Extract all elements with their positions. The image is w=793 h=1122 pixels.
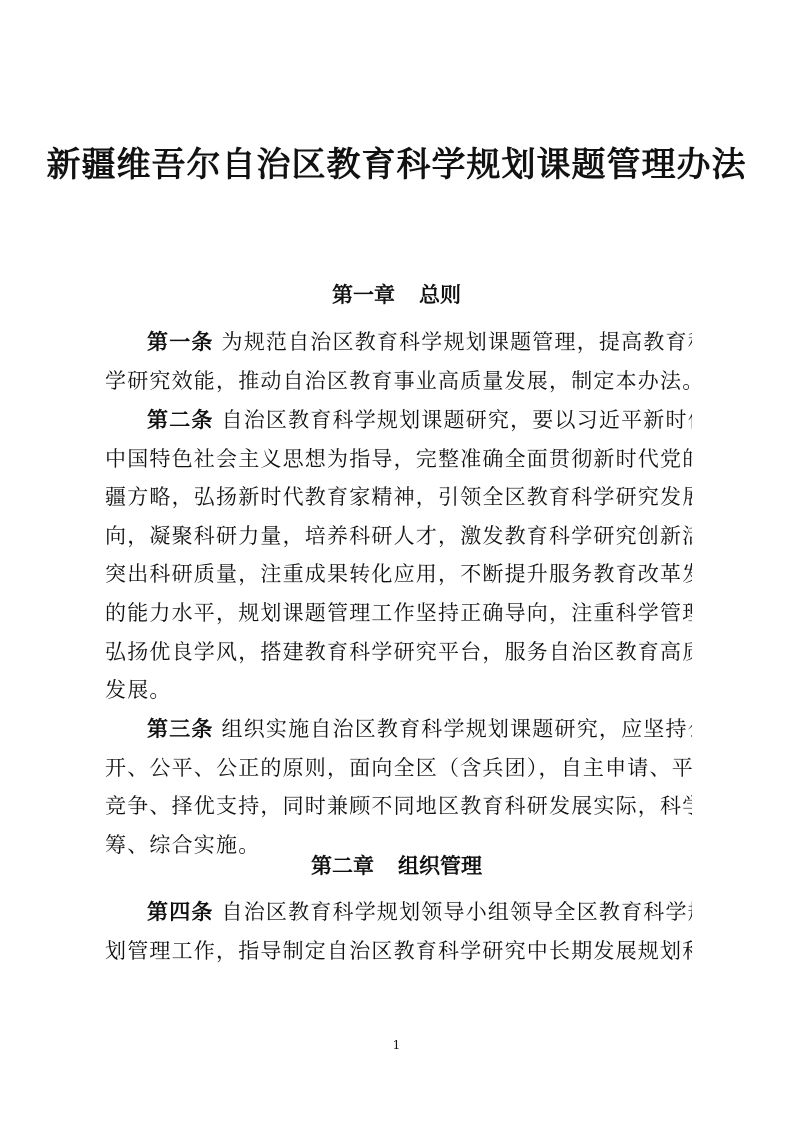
article-text-line: 划管理工作，指导制定自治区教育科学研究中长期发展规划和教 xyxy=(105,932,692,971)
article-text-line: 向，凝聚科研力量，培养科研人才，激发教育科学研究创新活力。 xyxy=(105,517,692,556)
article-text-line: 疆方略，弘扬新时代教育家精神，引领全区教育科学研究发展方 xyxy=(105,478,692,517)
chapter-name: 总则 xyxy=(419,283,461,307)
article-text-line: 自治区教育科学规划领导小组领导全区教育科学规 xyxy=(222,900,693,924)
article-label: 第一条 xyxy=(147,329,214,354)
article-4: 第四条 自治区教育科学规划领导小组领导全区教育科学规 划管理工作，指导制定自治区… xyxy=(105,893,692,970)
article-1: 第一条 为规范自治区教育科学规划课题管理，提高教育科 学研究效能，推动自治区教育… xyxy=(105,323,692,400)
chapter-number: 第一章 xyxy=(332,283,395,307)
chapter-name: 组织管理 xyxy=(398,854,482,878)
article-text-line: 学研究效能，推动自治区教育事业高质量发展，制定本办法。 xyxy=(105,362,692,401)
article-text-line: 竞争、择优支持，同时兼顾不同地区教育科研发展实际，科学统 xyxy=(105,787,692,826)
article-text-line: 为规范自治区教育科学规划课题管理，提高教育科 xyxy=(222,330,693,354)
document-title: 新疆维吾尔自治区教育科学规划课题管理办法 xyxy=(0,143,793,187)
article-3: 第三条 组织实施自治区教育科学规划课题研究，应坚持公 开、公平、公正的原则，面向… xyxy=(105,710,692,864)
article-text-line: 中国特色社会主义思想为指导，完整准确全面贯彻新时代党的治 xyxy=(105,440,692,479)
article-label: 第三条 xyxy=(147,716,214,741)
article-label: 第四条 xyxy=(147,899,214,924)
article-text-line: 弘扬优良学风，搭建教育科学研究平台，服务自治区教育高质量 xyxy=(105,633,692,672)
article-text-line: 发展。 xyxy=(105,671,692,710)
article-text-line: 突出科研质量，注重成果转化应用，不断提升服务教育改革发展 xyxy=(105,555,692,594)
chapter-heading-2: 第二章组织管理 xyxy=(0,851,793,881)
chapter-heading-1: 第一章总则 xyxy=(0,280,793,310)
article-2: 第二条 自治区教育科学规划课题研究，要以习近平新时代 中国特色社会主义思想为指导… xyxy=(105,401,692,710)
chapter-number: 第二章 xyxy=(311,854,374,878)
article-text-line: 组织实施自治区教育科学规划课题研究，应坚持公 xyxy=(222,717,693,741)
article-text-line: 开、公平、公正的原则，面向全区（含兵团），自主申请、平等 xyxy=(105,749,692,788)
article-label: 第二条 xyxy=(147,407,214,432)
article-text-line: 的能力水平，规划课题管理工作坚持正确导向，注重科学管理， xyxy=(105,594,692,633)
article-text-line: 自治区教育科学规划课题研究，要以习近平新时代 xyxy=(222,408,693,432)
page-number: 1 xyxy=(0,1038,793,1052)
